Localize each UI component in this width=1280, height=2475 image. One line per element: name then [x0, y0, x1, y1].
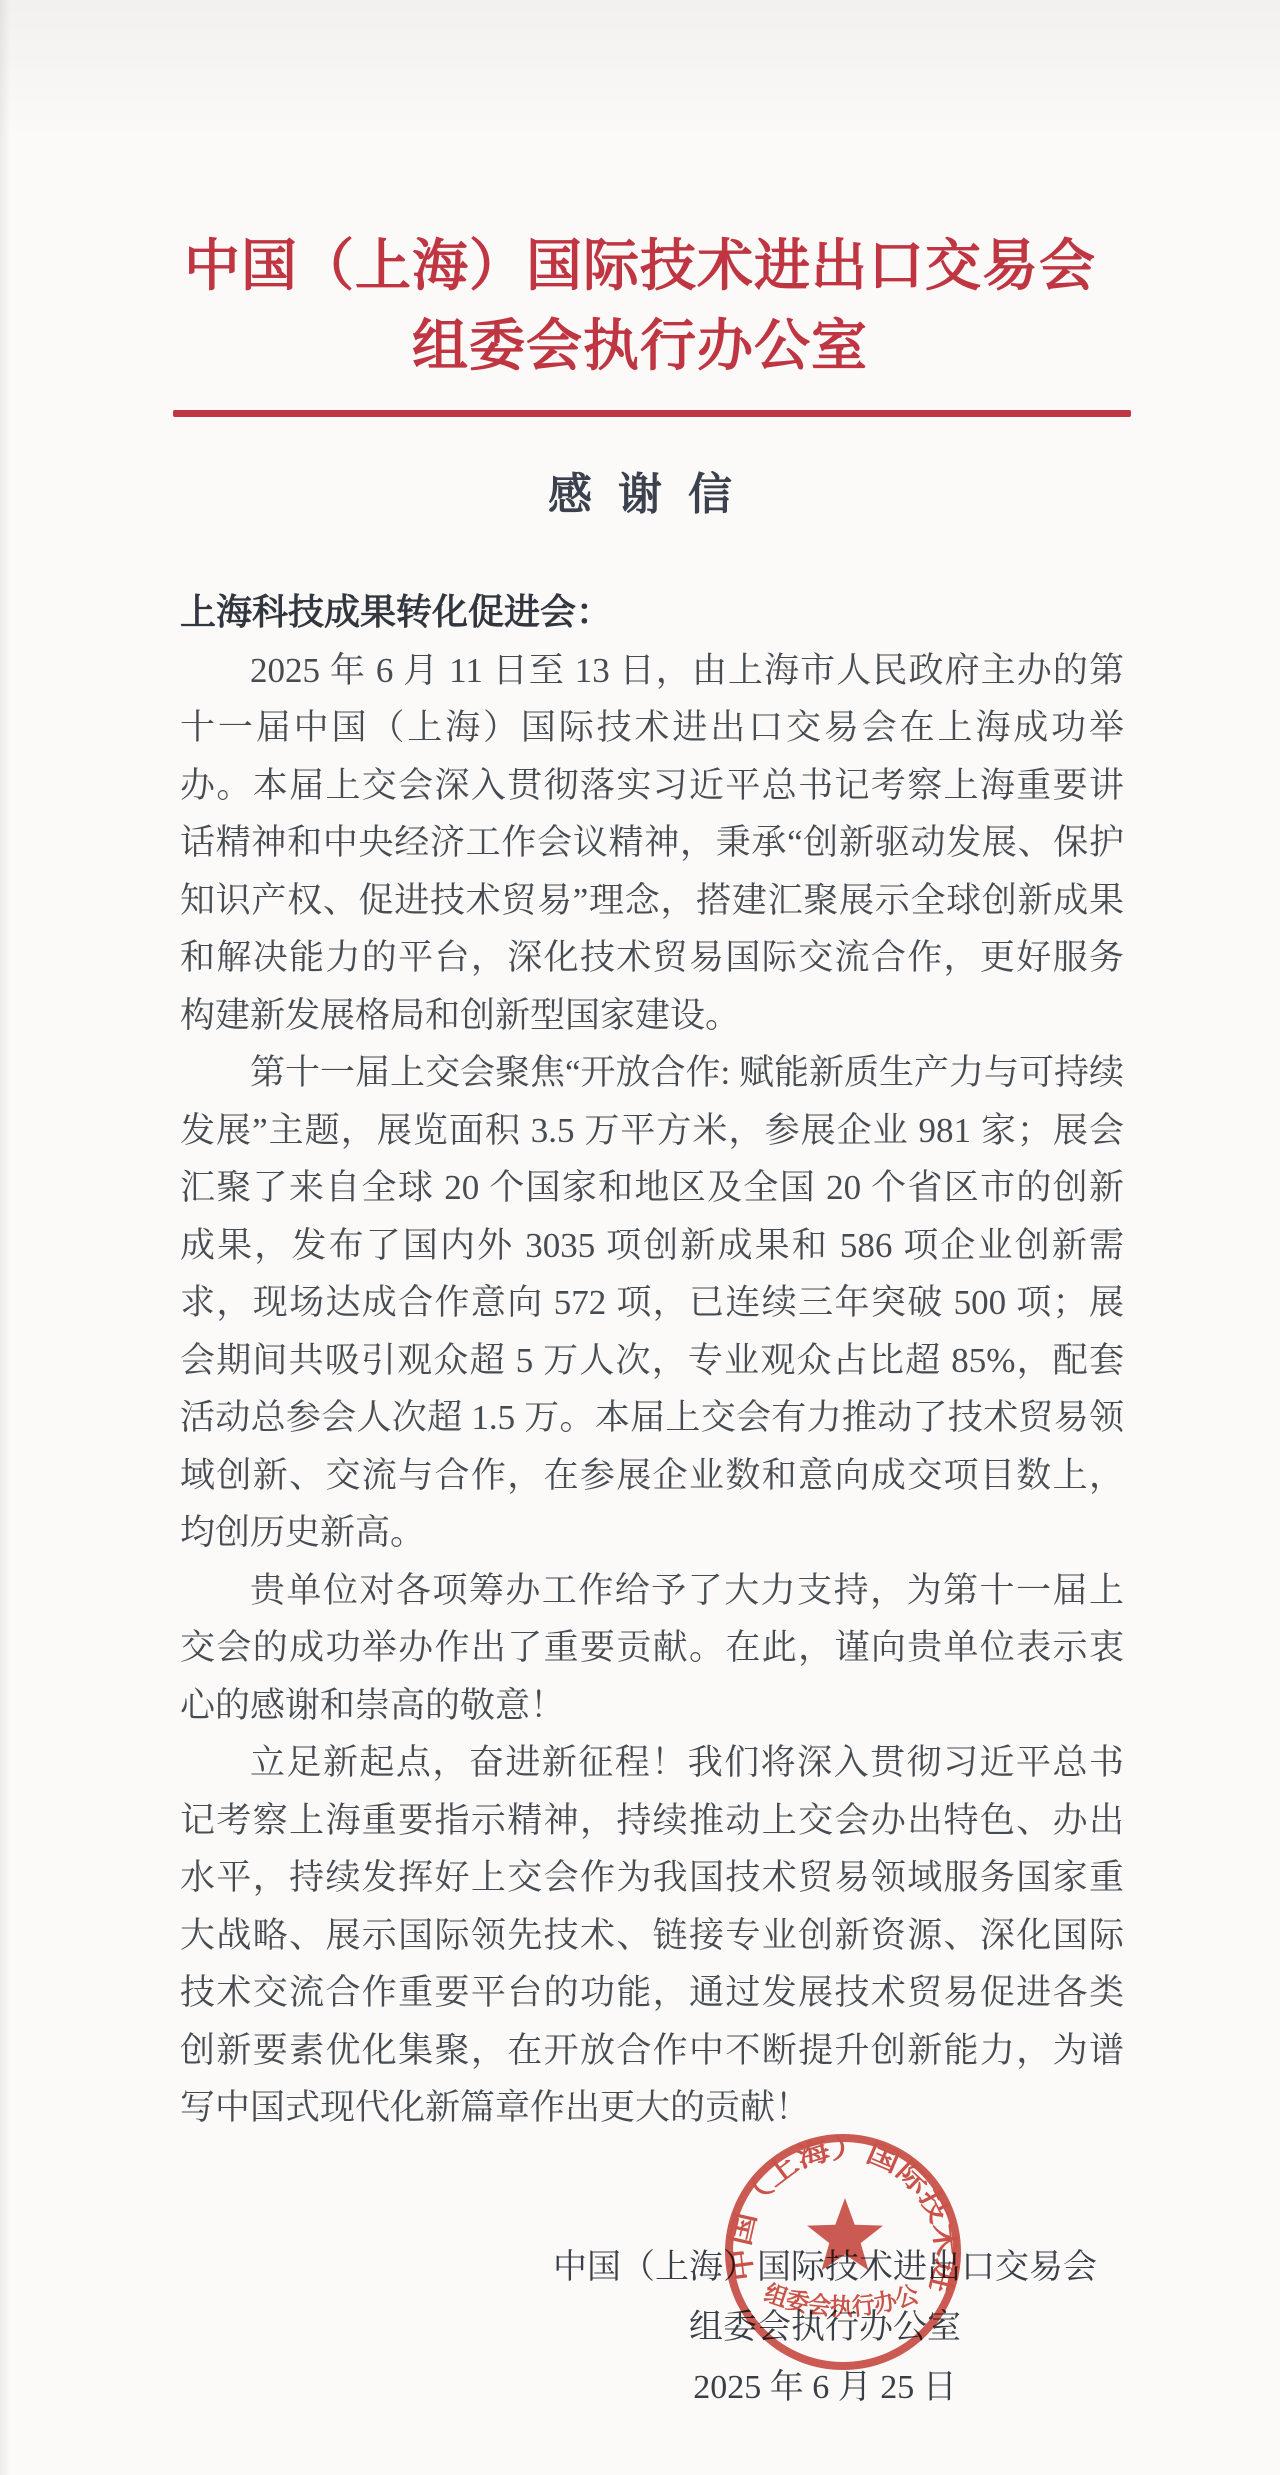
paragraph-3: 贵单位对各项筹办工作给予了大力支持，为第十一届上交会的成功举办作出了重要贡献。在… [180, 1562, 1124, 1735]
letter-title: 感谢信 [0, 468, 1280, 522]
seal-ring-text: 中国（上海）国际技术进出口交易会 [713, 2122, 961, 2295]
paragraph-2: 第十一届上交会聚焦“开放合作: 赋能新质生产力与可持续发展”主题，展览面积 3.… [180, 1044, 1124, 1562]
letter-page: 中国（上海）国际技术进出口交易会 组委会执行办公室 感谢信 上海科技成果转化促进… [0, 0, 1280, 2475]
official-seal-stamp: 中国（上海）国际技术进出口交易会 组委会执行办公室 [713, 2122, 973, 2382]
org-name-line1: 中国（上海）国际技术进出口交易会 [0, 232, 1280, 302]
letter-body: 上海科技成果转化促进会： 2025 年 6 月 11 日至 13 日，由上海市人… [180, 584, 1124, 2137]
seal-ring-text-container: 中国（上海）国际技术进出口交易会 [713, 2122, 961, 2295]
header-divider [173, 410, 1131, 417]
paragraph-4: 立足新起点，奋进新征程！我们将深入贯彻习近平总书记考察上海重要指示精神，持续推动… [180, 1734, 1124, 2137]
org-name-line2: 组委会执行办公室 [0, 312, 1280, 382]
star-icon [807, 2198, 883, 2270]
paragraph-1: 2025 年 6 月 11 日至 13 日，由上海市人民政府主办的第十一届中国（… [180, 642, 1124, 1045]
salutation: 上海科技成果转化促进会： [180, 584, 1124, 642]
